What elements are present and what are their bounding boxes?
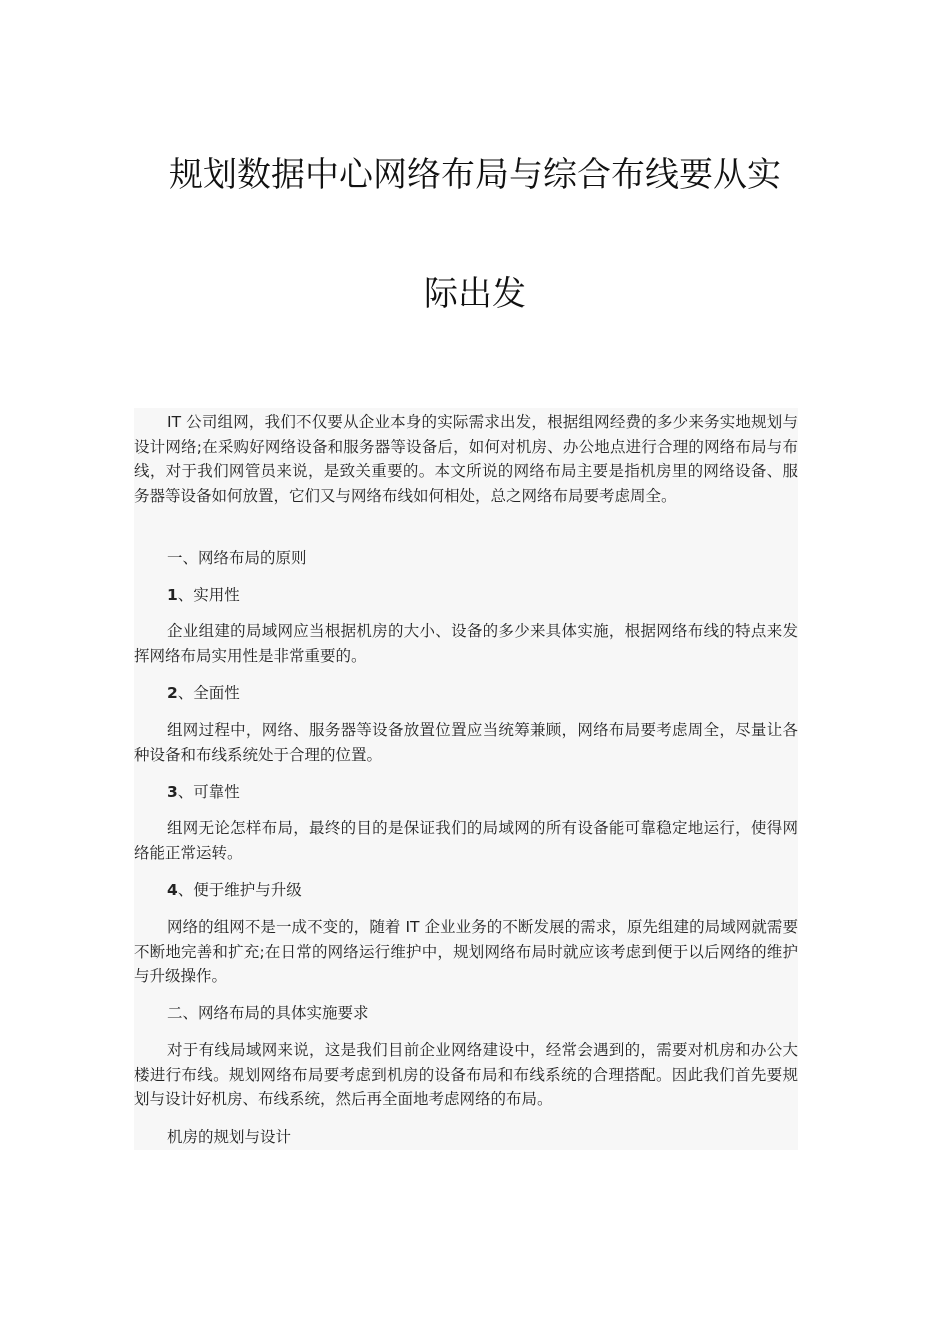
section-2-paragraph: 对于有线局域网来说，这是我们目前企业网络建设中，经常会遇到的，需要对机房和办公大…: [134, 1038, 798, 1112]
item-3-heading: 3、可靠性: [167, 780, 240, 804]
item-2-number: 2: [167, 684, 178, 702]
item-4-title: 、便于维护与升级: [178, 881, 302, 899]
item-1-number: 1: [167, 586, 178, 604]
item-3-paragraph: 组网无论怎样布局，最终的目的是保证我们的局域网的所有设备能可靠稳定地运行，使得网…: [134, 816, 798, 865]
title-line-1: 规划数据中心网络布局与综合布线要从实: [0, 155, 950, 195]
section-2-heading: 二、网络布局的具体实施要求: [167, 1001, 369, 1025]
section-1-heading: 一、网络布局的原则: [167, 546, 307, 570]
item-2-paragraph: 组网过程中，网络、服务器等设备放置位置应当统筹兼顾，网络布局要考虑周全，尽量让各…: [134, 718, 798, 767]
item-2-title: 、全面性: [178, 684, 240, 702]
item-4-heading: 4、便于维护与升级: [167, 878, 302, 902]
item-1-paragraph: 企业组建的局域网应当根据机房的大小、设备的多少来具体实施，根据网络布线的特点来发…: [134, 619, 798, 668]
item-2-heading: 2、全面性: [167, 681, 240, 705]
section-2-subheading: 机房的规划与设计: [167, 1125, 291, 1149]
item-4-number: 4: [167, 881, 178, 899]
item-3-number: 3: [167, 783, 178, 801]
title-line-2: 际出发: [0, 274, 950, 314]
item-1-heading: 1、实用性: [167, 583, 240, 607]
item-3-title: 、可靠性: [178, 783, 240, 801]
item-4-paragraph: 网络的组网不是一成不变的，随着 IT 企业业务的不断发展的需求，原先组建的局域网…: [134, 915, 798, 989]
item-1-title: 、实用性: [178, 586, 240, 604]
article-body: IT 公司组网，我们不仅要从企业本身的实际需求出发，根据组网经费的多少来务实地规…: [134, 408, 798, 1150]
intro-paragraph: IT 公司组网，我们不仅要从企业本身的实际需求出发，根据组网经费的多少来务实地规…: [134, 410, 798, 508]
